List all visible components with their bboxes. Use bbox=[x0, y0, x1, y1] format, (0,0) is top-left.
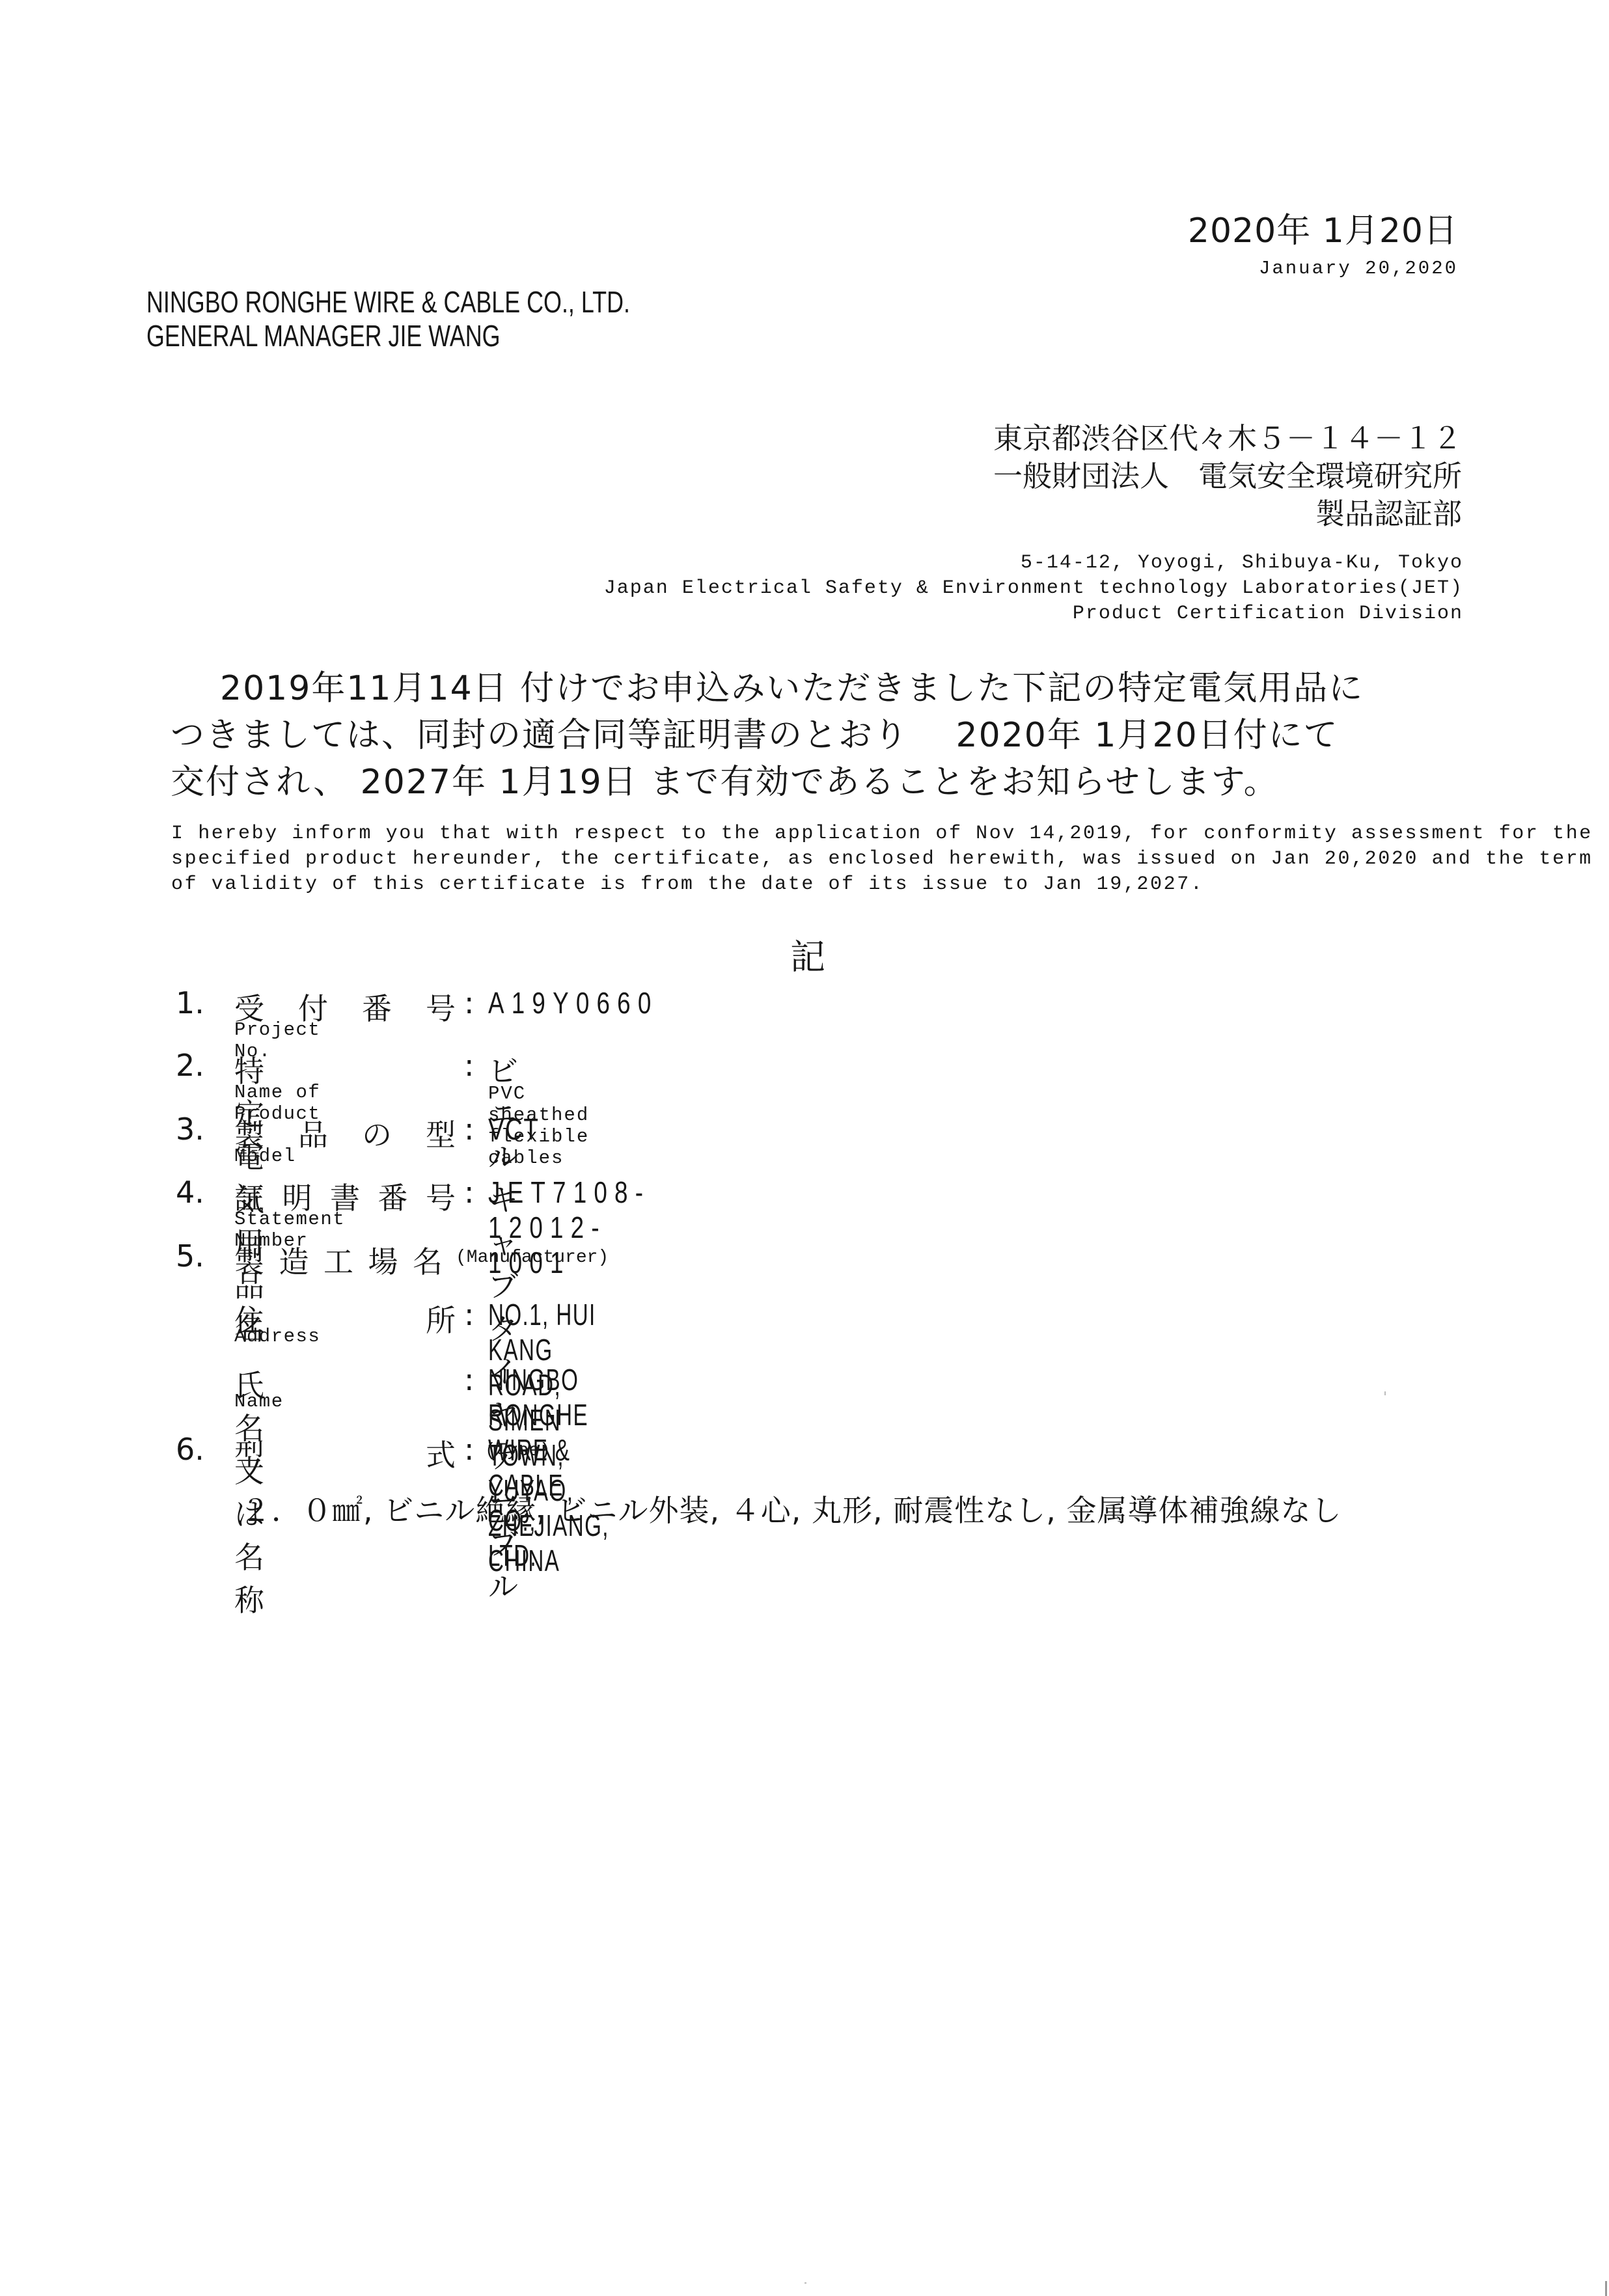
label-char: 番 bbox=[378, 1175, 408, 1218]
item-label-english: (Type) bbox=[485, 1441, 551, 1461]
project-number-value: A19Y0660 bbox=[488, 985, 701, 1020]
model-value: VCT bbox=[488, 1112, 552, 1147]
scan-speck bbox=[804, 2282, 806, 2284]
issuer-org-en: Japan Electrical Safety & Environment te… bbox=[604, 576, 1463, 601]
notice-line-3: 交付され、 2027年 1月19日 まで有効であることをお知らせします。 bbox=[171, 759, 1364, 806]
notice-line-2: つきましては、同封の適合同等証明書のとおり 2020年 1月20日付にて bbox=[171, 712, 1364, 759]
type-specification: ２．０㎟, ビニル絶縁, ビニル外装, ４心, 丸形, 耐震性なし, 金属導体補… bbox=[241, 1487, 1341, 1530]
item-number: 6. bbox=[176, 1432, 221, 1467]
date-english: January 20,2020 bbox=[1259, 258, 1458, 279]
issuer-block-japanese: 東京都渋谷区代々木５－１４－１２ 一般財団法人 電気安全環境研究所 製品認証部 bbox=[993, 420, 1462, 533]
notice-en-line-3: of validity of this certificate is from … bbox=[171, 872, 1593, 897]
label-char: 番 bbox=[362, 985, 392, 1028]
item-label-english: (Manufacturer) bbox=[456, 1248, 609, 1268]
label-char: 号 bbox=[426, 985, 456, 1028]
label-char: の bbox=[362, 1112, 392, 1155]
section-heading-ki: 記 bbox=[790, 929, 825, 979]
issuer-org-ja: 一般財団法人 電気安全環境研究所 bbox=[993, 458, 1462, 495]
colon: : bbox=[464, 1175, 474, 1210]
colon: : bbox=[464, 1362, 474, 1397]
issuer-division-en: Product Certification Division bbox=[604, 601, 1463, 627]
addressee-contact: GENERAL MANAGER JIE WANG bbox=[146, 319, 501, 353]
item-label: 型 式 bbox=[234, 1432, 456, 1475]
item-number: 1. bbox=[176, 985, 221, 1020]
item-number: 5. bbox=[176, 1238, 221, 1274]
item-label: 製 造 工 場 名 bbox=[234, 1238, 443, 1281]
label-char: 名 bbox=[413, 1238, 443, 1281]
item-label-english: Name bbox=[234, 1391, 284, 1412]
notice-paragraph-japanese: 2019年11月14日 付けでお申込みいただきました下記の特定電気用品に つきま… bbox=[171, 665, 1364, 806]
scan-edge-mark bbox=[1605, 2281, 1607, 2296]
colon: : bbox=[464, 985, 474, 1020]
notice-paragraph-english: I hereby inform you that with respect to… bbox=[171, 821, 1593, 897]
notice-en-line-1: I hereby inform you that with respect to… bbox=[171, 821, 1593, 847]
item-label-english: Model bbox=[234, 1145, 296, 1167]
label-char: 式 bbox=[426, 1432, 456, 1475]
issuer-address-ja: 東京都渋谷区代々木５－１４－１２ bbox=[993, 420, 1462, 458]
addressee-company: NINGBO RONGHE WIRE & CABLE CO., LTD. bbox=[146, 285, 630, 319]
value-text: A19Y0660 bbox=[488, 985, 659, 1020]
label-char: 型 bbox=[426, 1112, 456, 1155]
scan-speck bbox=[1384, 1391, 1386, 1395]
issuer-block-english: 5-14-12, Yoyogi, Shibuya-Ku, Tokyo Japan… bbox=[604, 551, 1463, 627]
name-value: NINGBO RONGHE WIRE & CABLE CO., LTD. bbox=[488, 1362, 627, 1573]
label-char: 造 bbox=[279, 1238, 309, 1281]
date-japanese: 2020年 1月20日 bbox=[1188, 203, 1458, 252]
issuer-division-ja: 製品認証部 bbox=[993, 495, 1462, 533]
label-char: 場 bbox=[368, 1238, 398, 1281]
label-char: 製 bbox=[234, 1238, 264, 1281]
item-number: 3. bbox=[176, 1112, 221, 1147]
addressee-block: NINGBO RONGHE WIRE & CABLE CO., LTD. GEN… bbox=[146, 285, 767, 353]
label-char: 工 bbox=[323, 1238, 353, 1281]
label-char: 品 bbox=[298, 1112, 328, 1155]
issuer-address-en: 5-14-12, Yoyogi, Shibuya-Ku, Tokyo bbox=[604, 551, 1463, 576]
item-number: 2. bbox=[176, 1048, 221, 1083]
item-number: 4. bbox=[176, 1175, 221, 1210]
label-char: 型 bbox=[234, 1432, 264, 1475]
notice-line-1: 2019年11月14日 付けでお申込みいただきました下記の特定電気用品に bbox=[171, 665, 1364, 712]
value-text: VCT bbox=[488, 1112, 539, 1147]
notice-en-line-2: specified product hereunder, the certifi… bbox=[171, 847, 1593, 872]
label-char: 号 bbox=[426, 1175, 456, 1218]
value-text: NINGBO RONGHE WIRE & CABLE CO., LTD. bbox=[488, 1362, 588, 1573]
item-label-english: Address bbox=[234, 1326, 320, 1347]
colon: : bbox=[464, 1297, 474, 1332]
colon: : bbox=[464, 1112, 474, 1147]
colon: : bbox=[464, 1048, 474, 1083]
label-char: 所 bbox=[426, 1297, 456, 1340]
colon: : bbox=[464, 1432, 474, 1467]
